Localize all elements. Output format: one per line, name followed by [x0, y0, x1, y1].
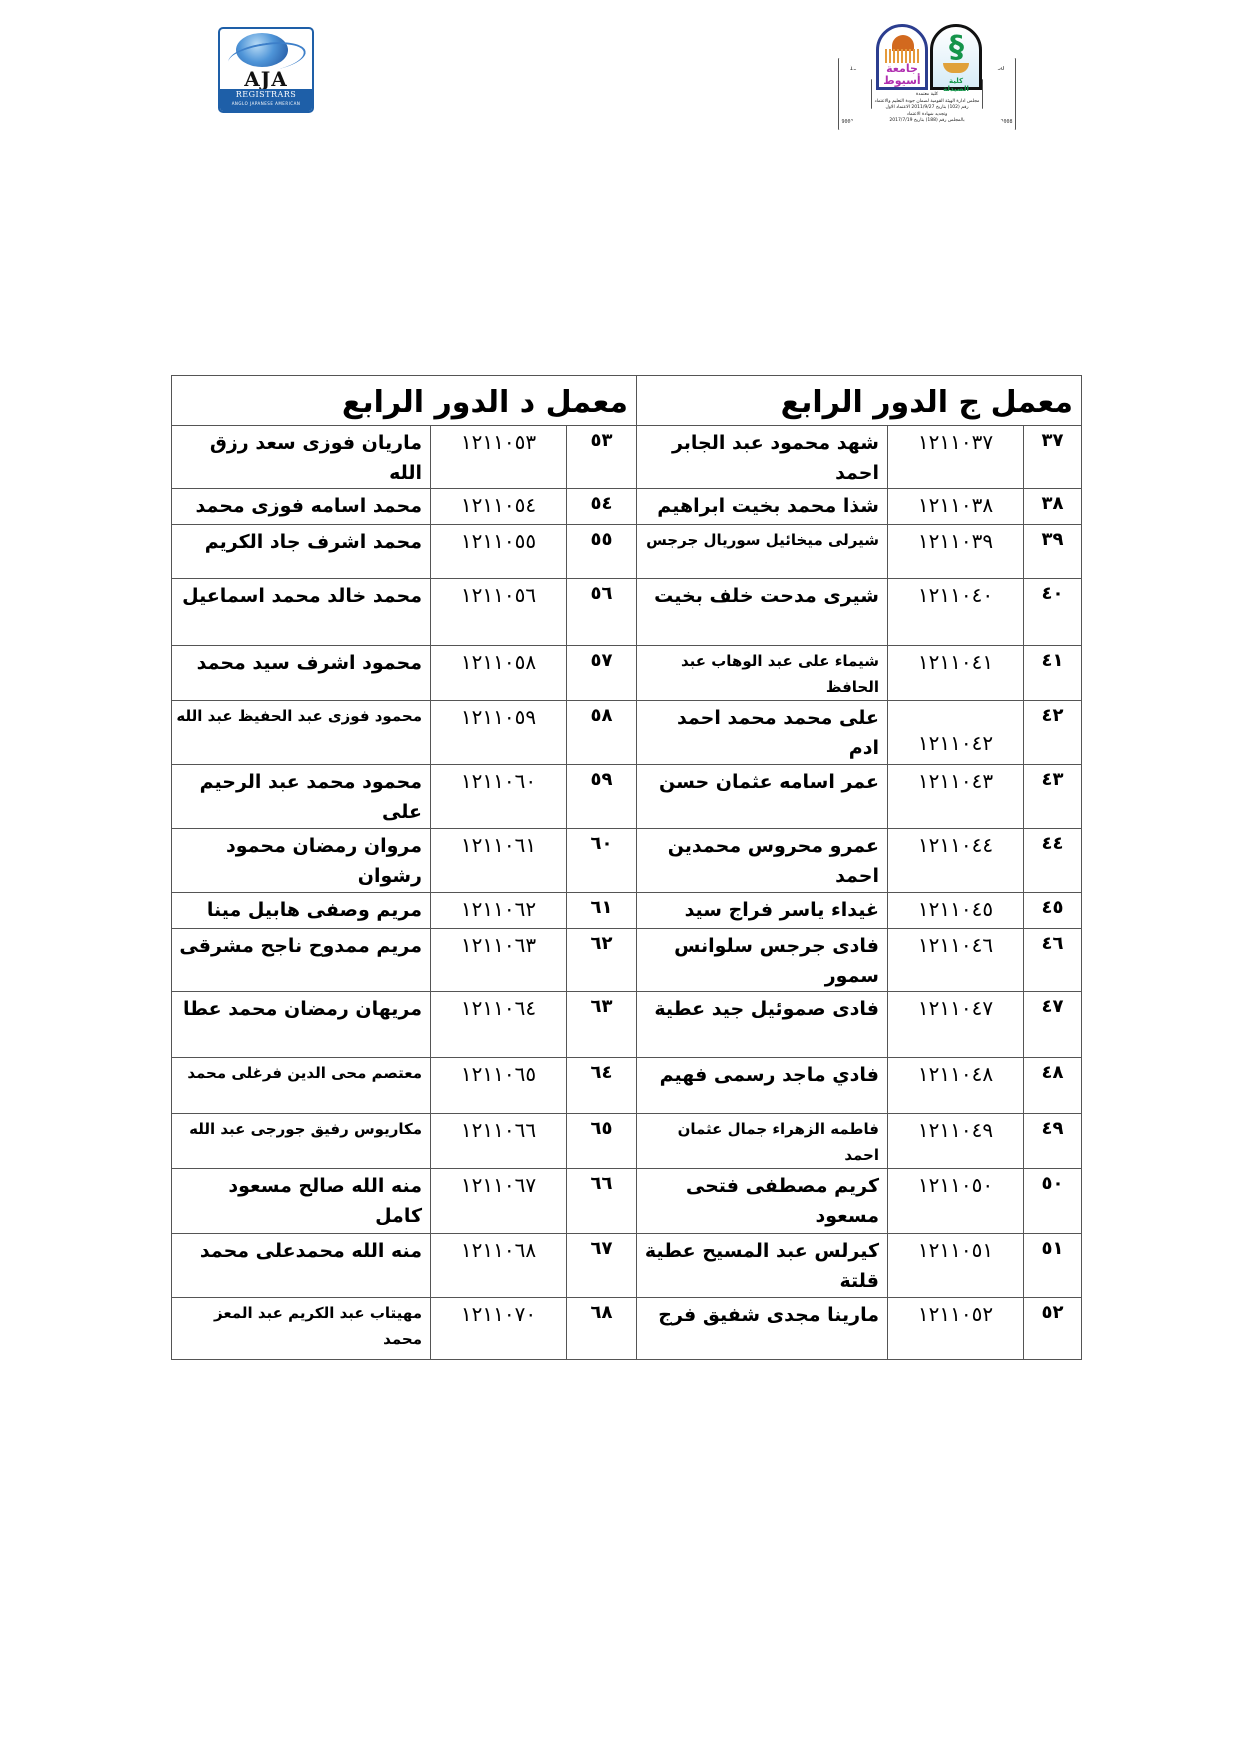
row-number: ٥٧ [567, 646, 637, 701]
row-number: ٤١ [1024, 646, 1082, 701]
student-name: محمود اشرف سيد محمد [172, 646, 431, 701]
row-number: ٤٠ [1024, 579, 1082, 646]
row-number: ٤٧ [1024, 992, 1082, 1058]
student-name: مكاريوس رفيق جورجى عبد الله [172, 1114, 431, 1169]
table-row: ٤٦١٢١١٠٤٦فادى جرجس سلوانس سمور٦٢١٢١١٠٦٣م… [172, 929, 1082, 992]
aja-band: REGISTRARS ANGLO JAPANESE AMERICAN [220, 89, 312, 111]
student-id: ١٢١١٠٧٠ [431, 1298, 567, 1360]
student-name: ماريان فوزى سعد رزق الله [172, 426, 431, 489]
student-name: كيرلس عبد المسيح عطية قلتة [637, 1234, 888, 1298]
student-name: كريم مصطفى فتحى مسعود [637, 1169, 888, 1234]
student-id: ١٢١١٠٦٦ [431, 1114, 567, 1169]
row-number: ٥٦ [567, 579, 637, 646]
snake-icon: § [949, 33, 964, 63]
student-id: ١٢١١٠٦٠ [431, 765, 567, 829]
row-number: ٥٢ [1024, 1298, 1082, 1360]
iso-label: ISO [983, 65, 1015, 72]
caption-line: بالمجلس رقم (188) بتاريخ 2017/7/19 [874, 118, 980, 125]
row-number: ٤٦ [1024, 929, 1082, 992]
table-row: ٣٨١٢١١٠٣٨شذا محمد بخيت ابراهيم٥٤١٢١١٠٥٤م… [172, 489, 1082, 525]
row-number: ٦٥ [567, 1114, 637, 1169]
student-name: محمد خالد محمد اسماعيل [172, 579, 431, 646]
student-id: ١٢١١٠٤٠ [888, 579, 1024, 646]
student-name: محمود محمد عبد الرحيم على [172, 765, 431, 829]
student-id: ١٢١١٠٥٥ [431, 525, 567, 579]
row-number: ٥١ [1024, 1234, 1082, 1298]
iso-badge-right: ISO 9001:2008 [982, 58, 1016, 130]
student-id: ١٢١١٠٥٠ [888, 1169, 1024, 1234]
row-number: ٣٨ [1024, 489, 1082, 525]
row-number: ٦٠ [567, 829, 637, 893]
row-number: ٦٨ [567, 1298, 637, 1360]
row-number: ٤٨ [1024, 1058, 1082, 1114]
student-id: ١٢١١٠٤٤ [888, 829, 1024, 893]
table-row: ٤٧١٢١١٠٤٧فادى صموئيل جيد عطية٦٣١٢١١٠٦٤مر… [172, 992, 1082, 1058]
row-number: ٤٣ [1024, 765, 1082, 829]
row-number: ٦٣ [567, 992, 637, 1058]
aja-letters: AJA [220, 67, 312, 91]
row-number: ٦٧ [567, 1234, 637, 1298]
student-name: على محمد محمد احمد ادم [637, 701, 888, 765]
caption-line: رقم (102) بتاريخ 2011/9/27 الاعتماد الاو… [874, 105, 980, 112]
section-header-row: معمل ج الدور الرابع معمل د الدور الرابع [172, 376, 1082, 426]
university-emblem: جامعة أسيوط [876, 24, 928, 90]
iso-label: ISO [839, 65, 871, 72]
row-number: ٥٣ [567, 426, 637, 489]
student-name: معتصم محى الدين فرغلى محمد [172, 1058, 431, 1114]
student-id: ١٢١١٠٥٢ [888, 1298, 1024, 1360]
student-id: ١٢١١٠٦١ [431, 829, 567, 893]
iso-badge-left: ISO 9001:2015 [838, 58, 872, 130]
row-number: ٥٤ [567, 489, 637, 525]
student-name: محمد اسامه فوزى محمد [172, 489, 431, 525]
section-title-lab-c: معمل ج الدور الرابع [637, 376, 1082, 426]
student-name: مهيتاب عبد الكريم عبد المعز محمد [172, 1298, 431, 1360]
student-id: ١٢١١٠٦٨ [431, 1234, 567, 1298]
table-row: ٤١١٢١١٠٤١شيماء على عبد الوهاب عبد الحافظ… [172, 646, 1082, 701]
row-number: ٤٤ [1024, 829, 1082, 893]
table-row: ٤٩١٢١١٠٤٩فاطمه الزهراء جمال عثمان احمد٦٥… [172, 1114, 1082, 1169]
row-number: ٣٩ [1024, 525, 1082, 579]
row-number: ٥٩ [567, 765, 637, 829]
accreditation-caption: كلية معتمدة مجلس ادارة الهيئة القومية لض… [874, 92, 980, 125]
iso-standard: 9001:2015 [839, 119, 871, 125]
student-id: ١٢١١٠٣٧ [888, 426, 1024, 489]
student-id: ١٢١١٠٣٨ [888, 489, 1024, 525]
student-name: مروان رمضان محمود رشوان [172, 829, 431, 893]
student-name: مريم وصفى هابيل مينا [172, 893, 431, 929]
table-row: ٥١١٢١١٠٥١كيرلس عبد المسيح عطية قلتة٦٧١٢١… [172, 1234, 1082, 1298]
aja-band-title: REGISTRARS [220, 89, 312, 100]
student-name: مريهان رمضان محمد عطا [172, 992, 431, 1058]
student-name: فادى جرجس سلوانس سمور [637, 929, 888, 992]
pharmacy-emblem: § كلية الصيدلة [930, 24, 982, 90]
table-row: ٤٥١٢١١٠٤٥غيداء ياسر فراج سيد٦١١٢١١٠٦٢مري… [172, 893, 1082, 929]
student-id: ١٢١١٠٥٦ [431, 579, 567, 646]
student-id: ١٢١١٠٤٥ [888, 893, 1024, 929]
table-row: ٤٣١٢١١٠٤٣عمر اسامه عثمان حسن٥٩١٢١١٠٦٠محم… [172, 765, 1082, 829]
row-number: ٤٢ [1024, 701, 1082, 765]
lab-roster-table: معمل ج الدور الرابع معمل د الدور الرابع … [171, 375, 1082, 1360]
student-id: ١٢١١٠٣٩ [888, 525, 1024, 579]
table-row: ٤٨١٢١١٠٤٨فادي ماجد رسمى فهيم٦٤١٢١١٠٦٥معت… [172, 1058, 1082, 1114]
table-row: ٣٧١٢١١٠٣٧شهد محمود عبد الجابر احمد٥٣١٢١١… [172, 426, 1082, 489]
table-row: ٣٩١٢١١٠٣٩شيرلى ميخائيل سوريال جرجس٥٥١٢١١… [172, 525, 1082, 579]
row-number: ٦٢ [567, 929, 637, 992]
student-name: شيرلى ميخائيل سوريال جرجس [637, 525, 888, 579]
student-name: شيرى مدحت خلف بخيت [637, 579, 888, 646]
university-name: جامعة أسيوط [883, 63, 921, 87]
student-name: عمرو محروس محمدين احمد [637, 829, 888, 893]
student-id: ١٢١١٠٤٦ [888, 929, 1024, 992]
student-id: ١٢١١٠٥٩ [431, 701, 567, 765]
row-number: ٦٤ [567, 1058, 637, 1114]
bowl-of-hygieia-icon [943, 63, 969, 73]
student-id: ١٢١١٠٥٣ [431, 426, 567, 489]
section-title-lab-d: معمل د الدور الرابع [172, 376, 637, 426]
student-id: ١٢١١٠٦٣ [431, 929, 567, 992]
student-name: منه الله محمدعلى محمد [172, 1234, 431, 1298]
student-id: ١٢١١٠٥١ [888, 1234, 1024, 1298]
row-number: ٥٠ [1024, 1169, 1082, 1234]
row-number: ٤٥ [1024, 893, 1082, 929]
student-name: منه الله صالح مسعود كامل [172, 1169, 431, 1234]
table-row: ٤٠١٢١١٠٤٠شيرى مدحت خلف بخيت٥٦١٢١١٠٥٦محمد… [172, 579, 1082, 646]
row-number: ٥٥ [567, 525, 637, 579]
student-name: مريم ممدوح ناجح مشرقى [172, 929, 431, 992]
faculty-name: كلية الصيدلة [937, 77, 975, 93]
row-number: ٥٨ [567, 701, 637, 765]
table-row: ٥٠١٢١١٠٥٠كريم مصطفى فتحى مسعود٦٦١٢١١٠٦٧م… [172, 1169, 1082, 1234]
student-id: ١٢١١٠٦٧ [431, 1169, 567, 1234]
student-name: فادى صموئيل جيد عطية [637, 992, 888, 1058]
table-row: ٤٢١٢١١٠٤٢على محمد محمد احمد ادم٥٨١٢١١٠٥٩… [172, 701, 1082, 765]
student-id: ١٢١١٠٤٢ [888, 701, 1024, 765]
aja-registrars-logo: AJA REGISTRARS ANGLO JAPANESE AMERICAN [218, 27, 314, 113]
student-name: مارينا مجدى شفيق فرج [637, 1298, 888, 1360]
student-name: محمد اشرف جاد الكريم [172, 525, 431, 579]
student-id: ١٢١١٠٤٩ [888, 1114, 1024, 1169]
student-id: ١٢١١٠٦٢ [431, 893, 567, 929]
student-id: ١٢١١٠٤١ [888, 646, 1024, 701]
sun-rays-icon [885, 49, 921, 63]
student-id: ١٢١١٠٥٨ [431, 646, 567, 701]
student-name: فادي ماجد رسمى فهيم [637, 1058, 888, 1114]
student-id: ١٢١١٠٦٤ [431, 992, 567, 1058]
table-row: ٥٢١٢١١٠٥٢مارينا مجدى شفيق فرج٦٨١٢١١٠٧٠مه… [172, 1298, 1082, 1360]
university-faculty-logo: ISO 9001:2015 جامعة أسيوط § كلية الصيدلة… [838, 22, 1016, 130]
student-name: شهد محمود عبد الجابر احمد [637, 426, 888, 489]
table-row: ٤٤١٢١١٠٤٤عمرو محروس محمدين احمد٦٠١٢١١٠٦١… [172, 829, 1082, 893]
student-name: عمر اسامه عثمان حسن [637, 765, 888, 829]
row-number: ٤٩ [1024, 1114, 1082, 1169]
row-number: ٣٧ [1024, 426, 1082, 489]
iso-standard: 9001:2008 [983, 119, 1015, 125]
student-name: شيماء على عبد الوهاب عبد الحافظ [637, 646, 888, 701]
student-id: ١٢١١٠٤٧ [888, 992, 1024, 1058]
student-name: غيداء ياسر فراج سيد [637, 893, 888, 929]
row-number: ٦١ [567, 893, 637, 929]
student-name: محمود فوزى عبد الحفيظ عبد الله [172, 701, 431, 765]
student-id: ١٢١١٠٥٤ [431, 489, 567, 525]
aja-band-subtitle: ANGLO JAPANESE AMERICAN [220, 100, 312, 108]
student-id: ١٢١١٠٦٥ [431, 1058, 567, 1114]
student-id: ١٢١١٠٤٨ [888, 1058, 1024, 1114]
student-name: شذا محمد بخيت ابراهيم [637, 489, 888, 525]
student-id: ١٢١١٠٤٣ [888, 765, 1024, 829]
row-number: ٦٦ [567, 1169, 637, 1234]
student-name: فاطمه الزهراء جمال عثمان احمد [637, 1114, 888, 1169]
